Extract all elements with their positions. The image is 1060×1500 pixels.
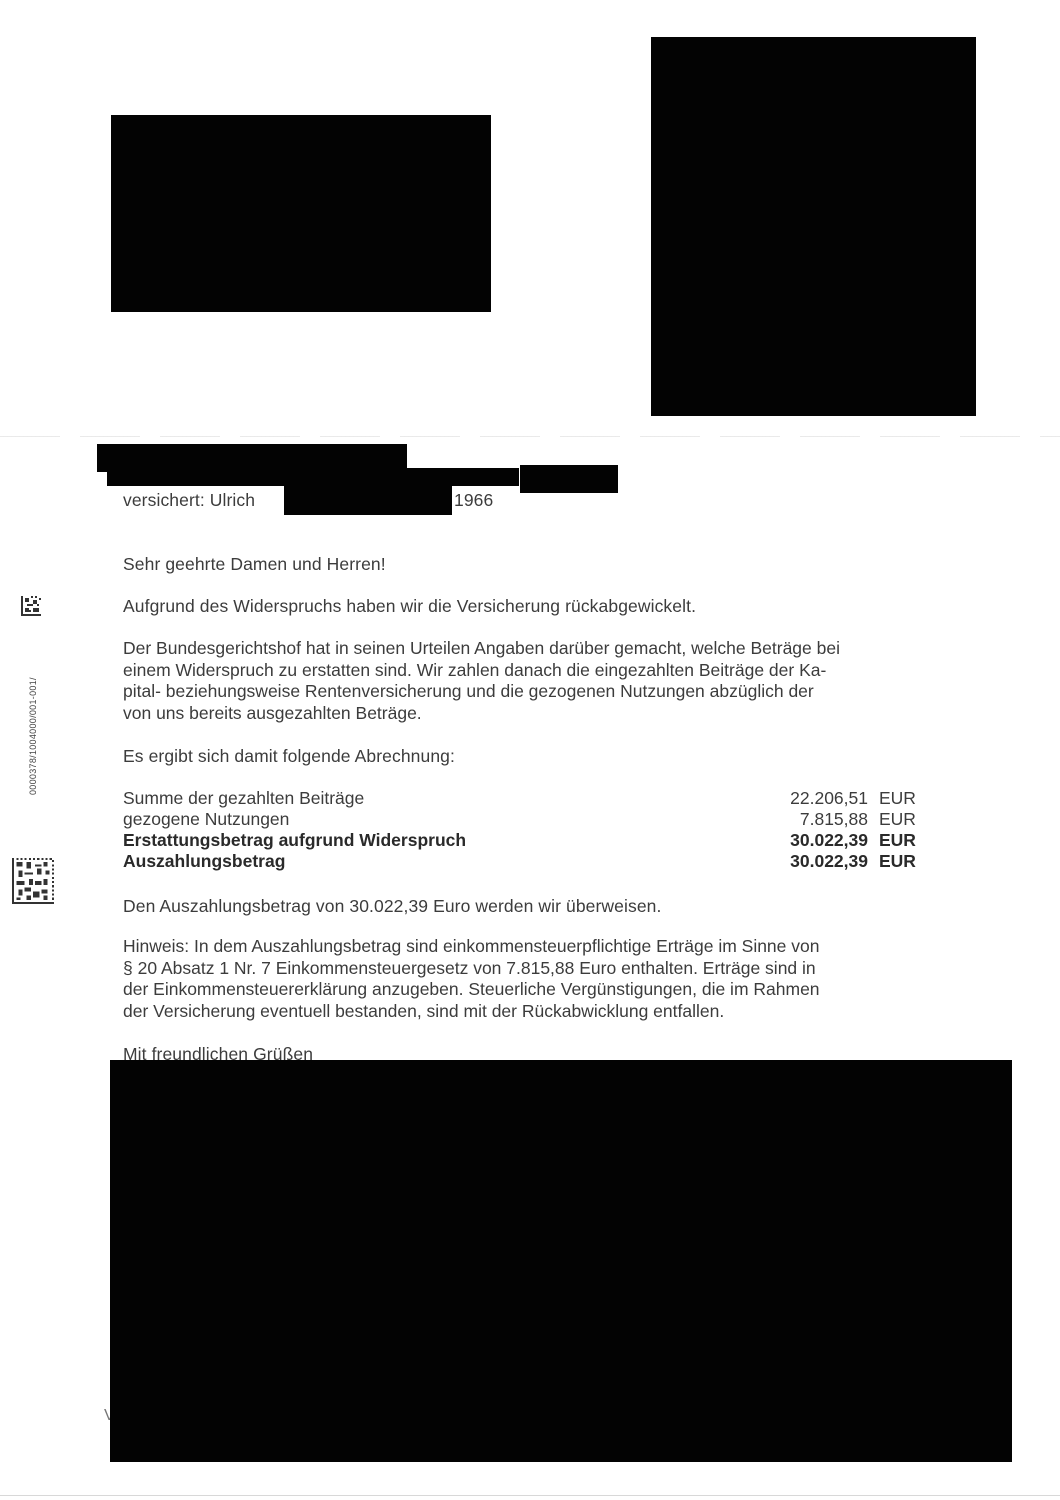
- redaction-subject-line-3: [520, 465, 618, 493]
- explanation-line: von uns bereits ausgezahlten Beträge.: [123, 703, 973, 725]
- side-reference-code: 0000378/1004000/001-001/: [28, 677, 38, 795]
- calculation-amount: 22.206,51: [723, 788, 868, 809]
- calculation-intro: Es ergibt sich damit folgende Abrechnung…: [123, 746, 455, 768]
- intro-paragraph: Aufgrund des Widerspruchs haben wir die …: [123, 596, 696, 618]
- calculation-label: Summe der gezahlten Beiträge: [123, 788, 364, 809]
- datamatrix-large-icon: [12, 858, 54, 904]
- explanation-line: einem Widerspruch zu erstatten sind. Wir…: [123, 660, 973, 682]
- redaction-logo-block: [651, 37, 976, 416]
- calculation-currency: EUR: [879, 830, 916, 851]
- calculation-amount: 30.022,39: [723, 830, 868, 851]
- page-bottom-edge: [0, 1495, 1060, 1496]
- calculation-label: Erstattungsbetrag aufgrund Widerspruch: [123, 830, 466, 851]
- calculation-label: gezogene Nutzungen: [123, 809, 289, 830]
- calculation-row: gezogene Nutzungen 7.815,88 EUR: [123, 809, 923, 830]
- tax-note-line: § 20 Absatz 1 Nr. 7 Einkommensteuergeset…: [123, 958, 973, 980]
- fold-line: [0, 436, 1060, 437]
- explanation-line: pital- beziehungsweise Rentenversicherun…: [123, 681, 973, 703]
- transfer-note: Den Auszahlungsbetrag von 30.022,39 Euro…: [123, 896, 661, 918]
- tax-note-line: der Einkommensteuererklärung anzugeben. …: [123, 979, 973, 1001]
- calculation-row: Erstattungsbetrag aufgrund Widerspruch 3…: [123, 830, 923, 851]
- calculation-currency: EUR: [879, 809, 916, 830]
- tax-note-line: Hinweis: In dem Auszahlungsbetrag sind e…: [123, 936, 973, 958]
- explanation-line: Der Bundesgerichtshof hat in seinen Urte…: [123, 638, 973, 660]
- explanation-paragraph: Der Bundesgerichtshof hat in seinen Urte…: [123, 638, 973, 724]
- insured-prefix: versichert: Ulrich: [123, 490, 255, 512]
- calculation-table: Summe der gezahlten Beiträge 22.206,51 E…: [123, 788, 923, 872]
- tax-note-paragraph: Hinweis: In dem Auszahlungsbetrag sind e…: [123, 936, 973, 1022]
- calculation-row: Auszahlungsbetrag 30.022,39 EUR: [123, 851, 923, 872]
- redaction-sender-address: [111, 115, 491, 312]
- redaction-insured-name: [284, 484, 452, 515]
- calculation-amount: 7.815,88: [723, 809, 868, 830]
- datamatrix-small-icon: [21, 596, 41, 616]
- calculation-label: Auszahlungsbetrag: [123, 851, 285, 872]
- calculation-amount: 30.022,39: [723, 851, 868, 872]
- calculation-currency: EUR: [879, 788, 916, 809]
- tax-note-line: der Versicherung eventuell bestanden, si…: [123, 1001, 973, 1023]
- calculation-row: Summe der gezahlten Beiträge 22.206,51 E…: [123, 788, 923, 809]
- insured-birth-year: 1966: [454, 490, 493, 512]
- salutation: Sehr geehrte Damen und Herren!: [123, 554, 386, 576]
- redaction-signature-block: [110, 1060, 1012, 1462]
- calculation-currency: EUR: [879, 851, 916, 872]
